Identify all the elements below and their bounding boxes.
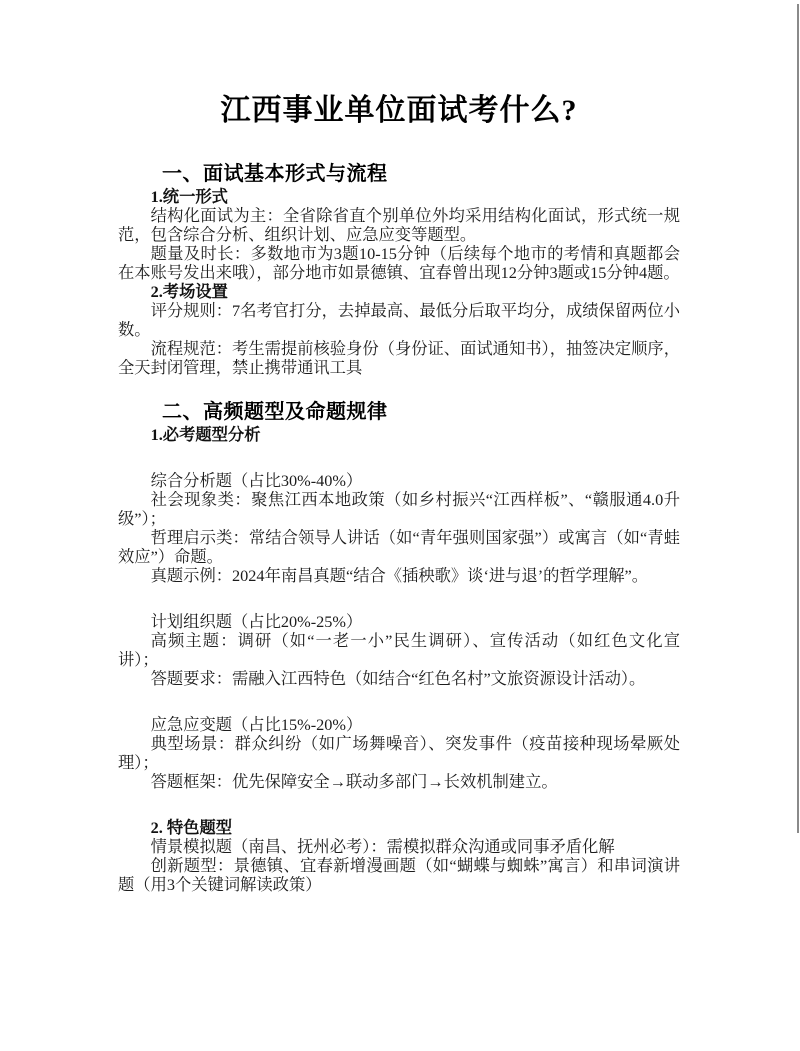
paragraph: 答题框架：优先保障安全→联动多部门→长效机制建立。	[118, 772, 680, 791]
subheading: 1.必考题型分析	[118, 425, 680, 444]
paragraph: 计划组织题（占比20%-25%）	[118, 612, 680, 631]
blank-line	[118, 444, 680, 471]
paragraph: 社会现象类：聚焦江西本地政策（如乡村振兴“江西样板”、“赣服通4.0升级”）；	[118, 490, 680, 528]
paragraph: 评分规则：7名考官打分，去掉最高、最低分后取平均分，成绩保留两位小数。	[118, 301, 680, 339]
subheading: 1.统一形式	[118, 187, 680, 206]
paragraph: 综合分析题（占比30%-40%）	[118, 471, 680, 490]
paragraph: 典型场景：群众纠纷（如广场舞噪音）、突发事件（疫苗接种现场晕厥处理）；	[118, 734, 680, 772]
subheading: 2.考场设置	[118, 282, 680, 301]
document-title: 江西事业单位面试考什么?	[118, 91, 680, 131]
paragraph: 题量及时长：多数地市为3题10-15分钟（后续每个地市的考情和真题都会在本账号发…	[118, 244, 680, 282]
blank-line	[118, 791, 680, 818]
paragraph: 答题要求：需融入江西特色（如结合“红色名村”文旅资源设计活动）。	[118, 669, 680, 688]
section-heading-2: 二、高频题型及命题规律	[118, 399, 680, 425]
paragraph: 真题示例：2024年南昌真题“结合《插秧歌》谈‘进与退’的哲学理解”。	[118, 566, 680, 585]
paragraph: 应急应变题（占比15%-20%）	[118, 715, 680, 734]
paragraph: 哲理启示类：常结合领导人讲话（如“青年强则国家强”）或寓言（如“青蛙效应”）命题…	[118, 528, 680, 566]
paragraph: 高频主题：调研（如“一老一小”民生调研）、宣传活动（如红色文化宣讲）；	[118, 631, 680, 669]
subheading: 2. 特色题型	[118, 818, 680, 837]
right-edge-line	[797, 4, 799, 833]
document-content: 江西事业单位面试考什么? 一、面试基本形式与流程 1.统一形式 结构化面试为主：…	[118, 91, 680, 894]
paragraph: 流程规范：考生需提前核验身份（身份证、面试通知书），抽签决定顺序，全天封闭管理，…	[118, 339, 680, 377]
document-page: 江西事业单位面试考什么? 一、面试基本形式与流程 1.统一形式 结构化面试为主：…	[0, 0, 800, 1051]
blank-line	[118, 688, 680, 715]
section-heading-1: 一、面试基本形式与流程	[118, 161, 680, 187]
paragraph: 创新题型：景德镇、宜春新增漫画题（如“蝴蝶与蜘蛛”寓言）和串词演讲题（用3个关键…	[118, 856, 680, 894]
paragraph: 情景模拟题（南昌、抚州必考）：需模拟群众沟通或同事矛盾化解	[118, 837, 680, 856]
blank-line	[118, 585, 680, 612]
paragraph: 结构化面试为主：全省除省直个别单位外均采用结构化面试，形式统一规范，包含综合分析…	[118, 206, 680, 244]
